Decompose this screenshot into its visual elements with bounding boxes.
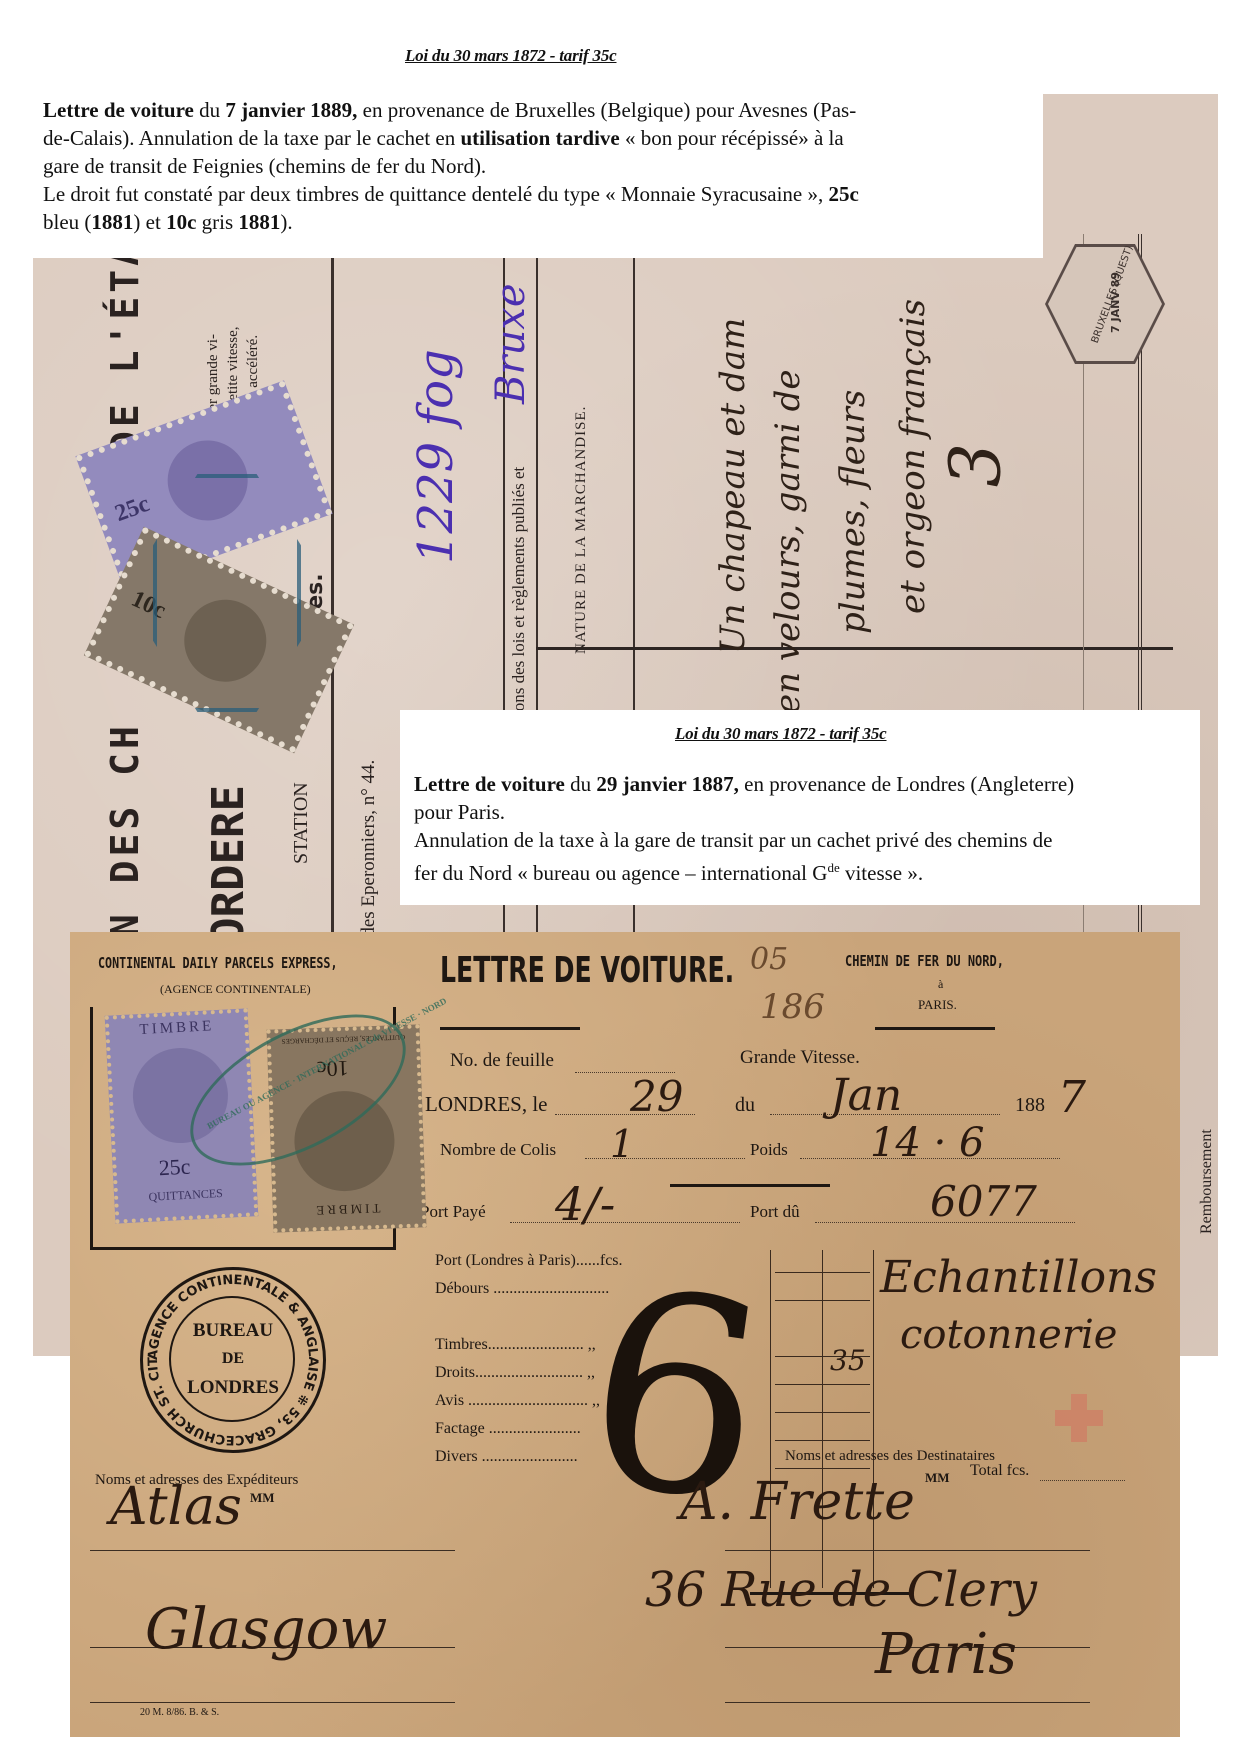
doc2-fee-row: Divers ........................ — [435, 1448, 578, 1466]
doc2-printer-note: 20 M. 8/86. B. & S. — [140, 1707, 219, 1718]
doc1-remboursement: Remboursement — [1198, 1129, 1216, 1234]
doc1-hand-blue-2: Bruxe — [488, 283, 534, 404]
description-line: gare de transit de Feignies (chemins de … — [43, 152, 1033, 180]
description-1889: Lettre de voiture du 7 janvier 1889, en … — [33, 88, 1043, 258]
doc2-city-label: LONDRES, le — [425, 1092, 548, 1117]
doc2-sender-city: Glasgow — [145, 1597, 387, 1662]
doc2-fee-row: Droits........................... ,, — [435, 1364, 595, 1382]
doc2-railway-1: CHEMIN DE FER DU NORD, — [845, 952, 1004, 970]
doc1-hand-line-4: et orgeon français — [893, 299, 933, 614]
doc2-year-suffix: 7 — [1058, 1072, 1086, 1123]
description-line: pour Paris. — [414, 798, 1194, 826]
doc2-feuille-label: No. de feuille — [450, 1050, 554, 1072]
doc2-recipient-label: Noms et adresses des Destinataires — [785, 1448, 995, 1465]
description-line: bleu (1881) et 10c gris 1881). — [43, 208, 1033, 236]
doc2-fee-row: Débours ............................. — [435, 1280, 609, 1298]
law-title-2: Loi du 30 mars 1872 - tarif 35c — [675, 720, 887, 748]
doc2-recipient-name: A. Frette — [680, 1472, 915, 1532]
doc2-vitesse-label: Grande Vitesse. — [740, 1047, 860, 1069]
description-line: de-Calais). Annulation de la taxe par le… — [43, 124, 1033, 152]
doc2-sender-name: Atlas — [110, 1477, 242, 1537]
description-1887: Loi du 30 mars 1872 - tarif 35c Lettre d… — [400, 710, 1200, 905]
doc2-port-du-label: Port dû — [750, 1202, 800, 1222]
doc1-hand-line-2: en velours, garni de — [768, 370, 808, 714]
description-line: Lettre de voiture du 7 janvier 1889, en … — [43, 96, 1033, 124]
doc2-railway-3: PARIS. — [918, 997, 957, 1013]
doc2-du-label: du — [735, 1094, 755, 1117]
doc2-recipient-mm: MM — [925, 1470, 950, 1486]
doc2-port-paye-label: Port Payé — [420, 1202, 486, 1222]
doc2-year-prefix: 188 — [1015, 1094, 1045, 1117]
document-1887-scan: CONTINENTAL DAILY PARCELS EXPRESS, (AGEN… — [70, 932, 1180, 1737]
doc2-fee-row: Timbres........................ ,, — [435, 1336, 596, 1354]
doc1-postmark-hexagon: BRUXELLES (QUEST) 7 JANV 89 — [1045, 244, 1165, 364]
doc1-header-3: ORDERE — [203, 785, 254, 944]
doc2-recipient-street: 36 Rue de Clery — [645, 1562, 1037, 1618]
description-1889-text: Lettre de voiture du 7 janvier 1889, en … — [43, 96, 1033, 236]
doc2-cachet-bureau-de-londres: AGENCE CONTINENTALE & ANGLAISE ⁜ 53, GRA… — [140, 1267, 326, 1453]
doc2-goods-2: cotonnerie — [900, 1312, 1117, 1358]
description-line: Le droit fut constaté par deux timbres d… — [43, 180, 1033, 208]
doc2-fee-row: Port (Londres à Paris)......fcs. — [435, 1252, 623, 1270]
doc2-title: LETTRE DE VOITURE. — [440, 950, 734, 991]
doc2-colis-value: 1 — [610, 1122, 634, 1166]
doc2-sender-mm: MM — [250, 1490, 275, 1506]
doc1-hand-blue-1: 1229 fog — [408, 349, 464, 564]
doc2-ref-hand-1: 05 — [750, 942, 788, 977]
doc1-header-1: ON DES CH — [103, 722, 147, 964]
doc2-company-1: CONTINENTAL DAILY PARCELS EXPRESS, — [98, 954, 337, 972]
doc2-fee-row: Avis .............................. ,, — [435, 1392, 600, 1410]
doc1-blue-cancel — [153, 474, 301, 712]
doc1-hand-line-3: plumes, fleurs — [833, 390, 873, 634]
doc2-railway-2: à — [938, 977, 943, 992]
doc1-station: STATION — [290, 782, 313, 864]
doc2-company-2: (AGENCE CONTINENTALE) — [160, 982, 311, 997]
doc1-nature-header: NATURE DE LA MARCHANDISE. — [573, 406, 590, 654]
description-line: fer du Nord « bureau ou agence – interna… — [414, 854, 1194, 887]
doc2-month: Jan — [830, 1070, 902, 1121]
doc2-recipient-city: Paris — [875, 1622, 1017, 1687]
law-title-1: Loi du 30 mars 1872 - tarif 35c — [405, 46, 617, 66]
doc2-fee-value: 35 — [830, 1344, 866, 1377]
doc2-ref-hand-2: 186 — [760, 987, 825, 1027]
doc2-day: 29 — [630, 1072, 683, 1121]
doc2-poids-value: 14 · 6 — [870, 1120, 985, 1166]
doc2-colis-label: Nombre de Colis — [440, 1140, 556, 1160]
description-line: Annulation de la taxe à la gare de trans… — [414, 826, 1194, 854]
doc2-poids-label: Poids — [750, 1140, 788, 1160]
doc2-goods-1: Echantillons — [880, 1252, 1157, 1303]
doc1-postmark-date: 7 JANV 89 — [1109, 272, 1122, 333]
doc2-fee-row: Factage ....................... — [435, 1420, 581, 1438]
doc2-port-paye-value: 4/- — [555, 1177, 615, 1231]
description-1887-text: Lettre de voiture du 29 janvier 1887, en… — [414, 770, 1194, 887]
doc2-port-du-value: 6077 — [930, 1177, 1037, 1226]
description-line: Lettre de voiture du 29 janvier 1887, en… — [414, 770, 1194, 798]
doc2-red-cross-mark — [1055, 1394, 1103, 1442]
doc1-hand-line-1: Un chapeau et dam — [713, 318, 753, 654]
doc1-hand-figure: 3 — [934, 443, 1016, 488]
